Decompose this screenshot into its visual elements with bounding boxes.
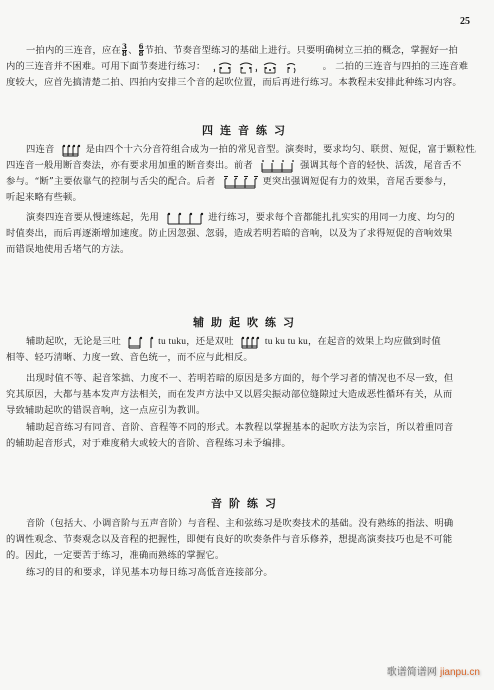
staccato-sixteenth-notes-icon bbox=[259, 160, 297, 172]
text-span: 。 二拍的三连音与四拍的三连音难 bbox=[323, 61, 469, 72]
four-notes-slow-practice-icon bbox=[165, 212, 205, 224]
syllables-double-tongue: tu ku tu ku bbox=[265, 337, 308, 347]
text-span: 节拍、节奏音型练习的基础上进行。只要明确树立三拍的概念，掌握好一拍 bbox=[145, 45, 458, 56]
text-line: 的辅助起音形式，对于难度稍大或较大的音阶、音程练习未予编排。 bbox=[6, 436, 476, 452]
auxiliary-paragraph-3: 辅助起音练习有同音、音阶、音程等不同的形式。本教程以掌握基本的起吹方法为宗旨，所… bbox=[6, 420, 476, 452]
syllables-triple-tongue: tu tuku bbox=[158, 337, 186, 347]
text-span: 进行练习，要求每个音都能扎扎实实的用同一力度、均匀的 bbox=[208, 212, 455, 223]
quadruplet-paragraph-1: 四连音 是由四个十六分音符组合成为一拍的常见音型。演奏时，要求均匀、联贯、短促，… bbox=[6, 142, 476, 206]
fraction-denominator: 8 bbox=[122, 51, 127, 57]
time-signature-3-8: 38 bbox=[122, 44, 127, 57]
text-span: 参与。“断”主要依靠气的控制与舌尖的配合。后者 bbox=[6, 176, 215, 187]
text-line: 参与。“断”主要依靠气的控制与舌尖的配合。后者 更突出强调短促有力的效果，音尾舌… bbox=[6, 174, 476, 190]
accented-staccato-sixteenth-notes-icon bbox=[222, 176, 260, 188]
time-signature-6-8: 68 bbox=[139, 44, 144, 57]
text-span: 是由四个十六分音符组合成为一拍的常见音型。演奏时，要求均匀、联贯、短促，富于颗粒… bbox=[86, 144, 476, 155]
section-heading-auxiliary: 辅助起吹练习 bbox=[0, 314, 494, 330]
text-span: ，在起音的效果上均应做到时值 bbox=[308, 336, 441, 347]
double-tongue-notation-icon bbox=[240, 336, 262, 348]
text-line: 听起来略有些顿。 bbox=[6, 190, 476, 206]
text-span: 强调其每个音的轻快、活泼，尾音舌不 bbox=[300, 160, 461, 171]
text-line: 音阶（包括大、小调音阶与五声音阶）与音程、主和弦练习是吹奏技术的基础。没有熟练的… bbox=[6, 516, 476, 532]
scale-paragraph-2: 练习的目的和要求，详见基本功每日练习高低音连接部分。 bbox=[6, 565, 476, 581]
text-line: 导致辅助起吹的错误音响，这一点应引为教训。 bbox=[6, 403, 476, 419]
text-span: 演奏四连音要从慢速练起，先用 bbox=[26, 212, 159, 223]
triple-tongue-notation-icon bbox=[127, 336, 155, 348]
auxiliary-paragraph-2: 出现时值不等、起音笨拙、力度不一、若明若暗的原因是多方面的，每个学习者的情况也不… bbox=[6, 371, 476, 419]
text-span: 辅助起吹，无论是三吐 bbox=[26, 336, 121, 347]
text-line: 内的三连音并不困难。可用下面节奏进行练习： 。 二拍的三连音与四拍的三连音难 bbox=[6, 59, 476, 75]
scale-paragraph-1: 音阶（包括大、小调音阶与五声音阶）与音程、主和弦练习是吹奏技术的基础。没有熟练的… bbox=[6, 516, 476, 564]
text-line: 练习的目的和要求，详见基本功每日练习高低音连接部分。 bbox=[6, 565, 476, 581]
section-heading-quadruplet: 四连音练习 bbox=[0, 122, 494, 138]
text-line: 时值奏出，而后再逐渐增加速度。防止因忽强、忽弱，造成若明若暗的音响，以及为了求得… bbox=[6, 226, 476, 242]
text-span: 内的三连音并不困难。可用下面节奏进行练习： bbox=[6, 61, 205, 72]
page-number: 25 bbox=[460, 16, 470, 27]
text-line: 度较大，应首先搞清楚二拍、四拍内安排三个音的起吹位置，而后再进行练习。本教程未安… bbox=[6, 75, 476, 91]
document-page: 25 一拍内的三连音，应在38、68节拍、节奏音型练习的基础上进行。只要明确树立… bbox=[0, 0, 494, 690]
text-line: 演奏四连音要从慢速练起，先用 进行练习，要求每个音都能扎扎实实的用同一力度、均匀… bbox=[6, 210, 476, 226]
fraction-denominator: 8 bbox=[139, 51, 144, 57]
text-line: 辅助起音练习有同音、音阶、音程等不同的形式。本教程以掌握基本的起吹方法为宗旨，所… bbox=[6, 420, 476, 436]
section-heading-scale: 音阶练习 bbox=[0, 495, 494, 511]
watermark-text: 歌谱简谱网 bbox=[387, 667, 437, 678]
text-span: 四连音一般用断音奏法，亦有要求用加重的断音奏出。前者 bbox=[6, 160, 253, 171]
text-span: 、 bbox=[128, 45, 138, 56]
text-span: 四连音 bbox=[26, 144, 55, 155]
text-line: 四连音一般用断音奏法，亦有要求用加重的断音奏出。前者 强调其每个音的轻快、活泼，… bbox=[6, 158, 476, 174]
site-watermark: 歌谱简谱网 jianpu.cn bbox=[387, 663, 480, 678]
text-line: 的调性观念、节奏观念以及音程的把握性，即便有良好的吹奏条件与音乐修养，想提高演奏… bbox=[6, 532, 476, 548]
text-span: 一拍内的三连音，应在 bbox=[26, 45, 121, 56]
text-line: 究其原因，大都与基本发声方法相关，而在发声方法中又以唇尖振动部位缝隙过大造成恶性… bbox=[6, 387, 476, 403]
text-span: ，还是双吐 bbox=[186, 336, 234, 347]
triplet-paragraph: 一拍内的三连音，应在38、68节拍、节奏音型练习的基础上进行。只要明确树立三拍的… bbox=[6, 43, 476, 91]
four-sixteenth-notes-icon bbox=[61, 144, 83, 156]
text-line: 辅助起吹，无论是三吐 tu tuku，还是双吐 tu ku tu ku，在起音的… bbox=[6, 334, 476, 350]
text-span: 更突出强调短促有力的效果，音尾舌要参与， bbox=[263, 176, 453, 187]
text-line: 的。因此，一定要苦于练习，准确而熟练的掌握它。 bbox=[6, 548, 476, 564]
text-line: 相等、轻巧清晰、力度一致、音色统一，而不应与此相反。 bbox=[6, 350, 476, 366]
text-line: 四连音 是由四个十六分音符组合成为一拍的常见音型。演奏时，要求均匀、联贯、短促，… bbox=[6, 142, 476, 158]
auxiliary-paragraph-1: 辅助起吹，无论是三吐 tu tuku，还是双吐 tu ku tu ku，在起音的… bbox=[6, 334, 476, 366]
text-line: 出现时值不等、起音笨拙、力度不一、若明若暗的原因是多方面的，每个学习者的情况也不… bbox=[6, 371, 476, 387]
text-line: 一拍内的三连音，应在38、68节拍、节奏音型练习的基础上进行。只要明确树立三拍的… bbox=[6, 43, 476, 59]
watermark-site: jianpu.cn bbox=[440, 667, 480, 678]
triplet-rhythm-notation-icon bbox=[212, 61, 320, 73]
quadruplet-paragraph-2: 演奏四连音要从慢速练起，先用 进行练习，要求每个音都能扎扎实实的用同一力度、均匀… bbox=[6, 210, 476, 258]
text-line: 而错误地使用舌堵气的方法。 bbox=[6, 242, 476, 258]
